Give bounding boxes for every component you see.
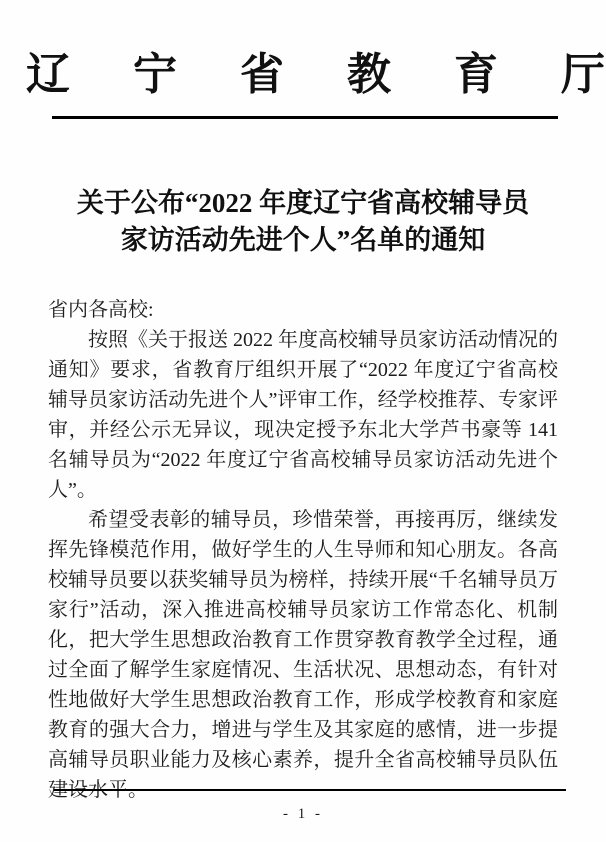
document-page: 辽 宁 省 教 育 厅 关于公布“2022 年度辽宁省高校辅导员 家访活动先进个… xyxy=(0,0,606,842)
document-title-line-2: 家访活动先进个人”名单的通知 xyxy=(0,222,606,259)
footer-divider xyxy=(54,789,566,791)
document-title: 关于公布“2022 年度辽宁省高校辅导员 家访活动先进个人”名单的通知 xyxy=(0,185,606,259)
page-number: - 1 - xyxy=(0,804,606,824)
body-paragraph-2: 希望受表彰的辅导员，珍惜荣誉，再接再厉，继续发挥先锋模范作用，做好学生的人生导师… xyxy=(48,505,558,805)
letterhead-divider xyxy=(52,116,558,119)
body-paragraph-1: 按照《关于报送 2022 年度高校辅导员家访活动情况的通知》要求，省教育厅组织开… xyxy=(48,325,558,505)
letterhead-agency-name: 辽 宁 省 教 育 厅 xyxy=(0,50,606,100)
salutation: 省内各高校: xyxy=(48,295,558,325)
document-body: 省内各高校: 按照《关于报送 2022 年度高校辅导员家访活动情况的通知》要求，… xyxy=(48,295,558,805)
document-title-line-1: 关于公布“2022 年度辽宁省高校辅导员 xyxy=(0,185,606,222)
